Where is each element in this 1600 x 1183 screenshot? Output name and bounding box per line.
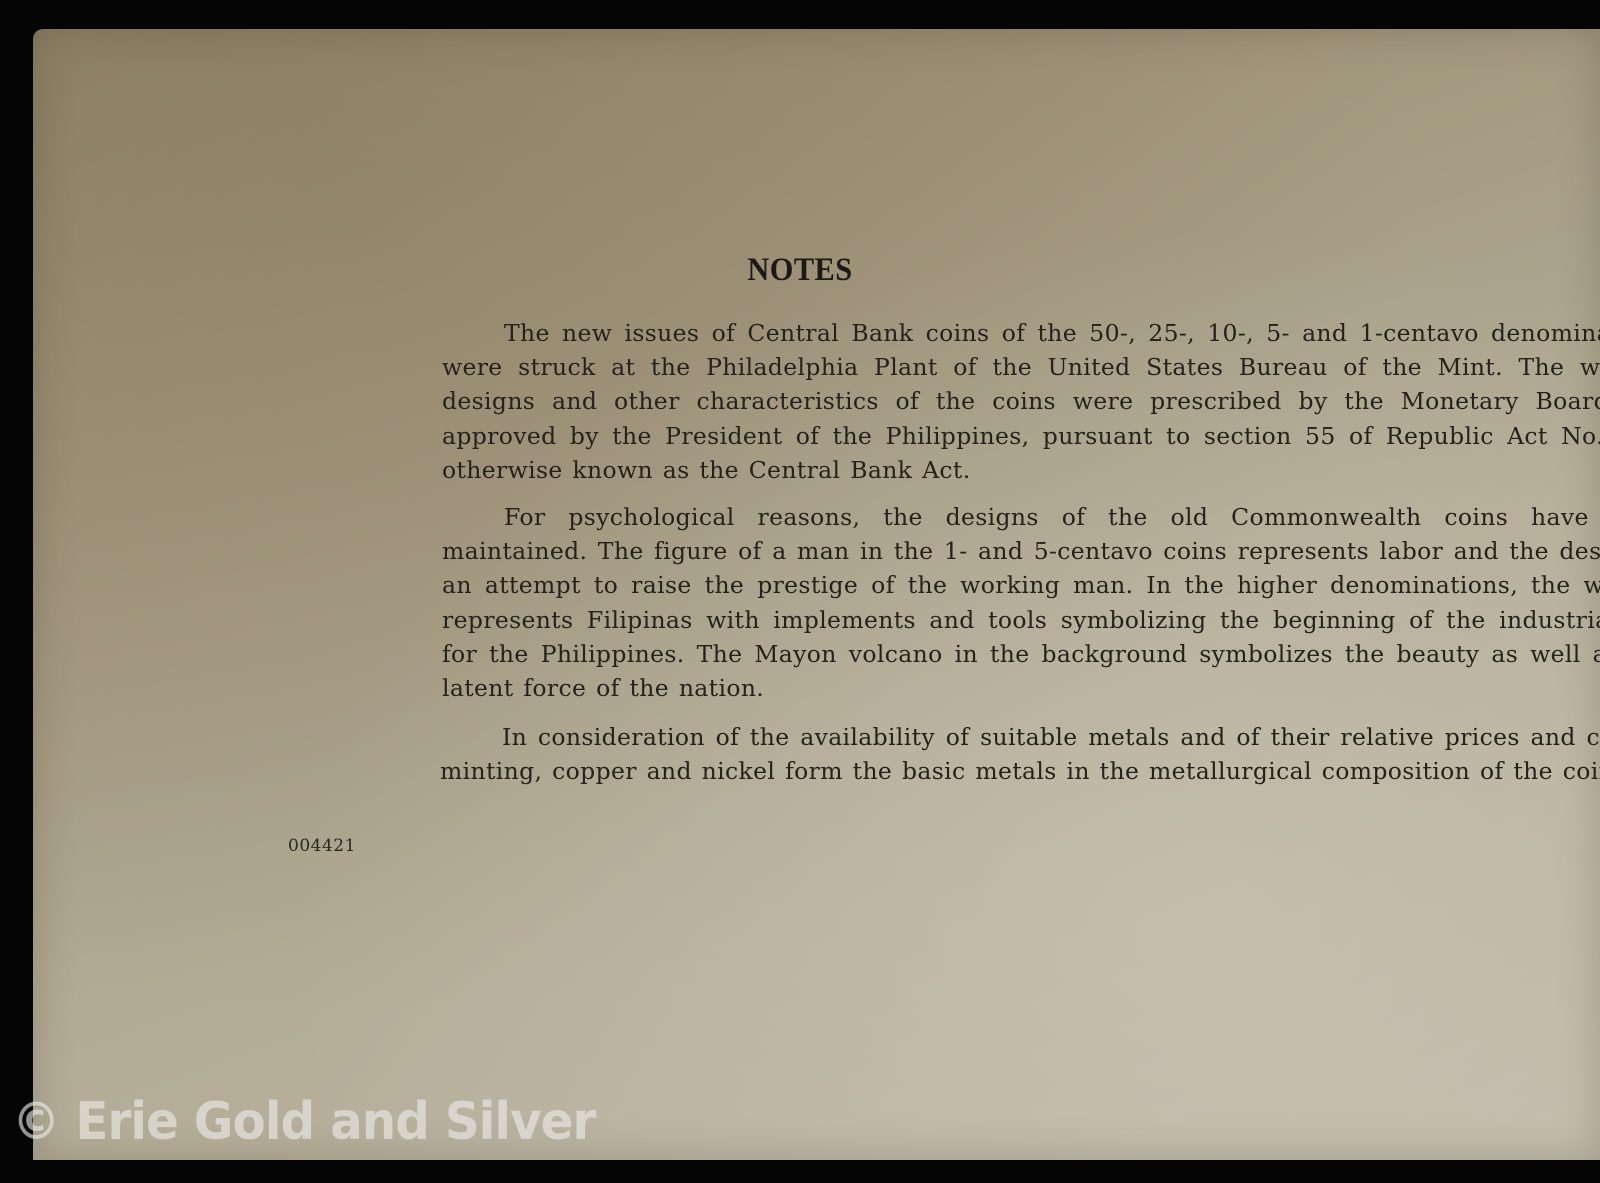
copyright-watermark: © Erie Gold and Silver — [12, 1092, 595, 1152]
serial-number: 004421 — [288, 836, 356, 856]
paragraph-minting: The new issues of Central Bank coins of … — [442, 316, 1600, 487]
photo-stage: NOTES The new issues of Central Bank coi… — [0, 0, 1600, 1183]
paragraph-metals: In consideration of the availability of … — [440, 720, 1600, 788]
page-title: NOTES — [64, 252, 1536, 289]
paragraph-designs: For psychological reasons, the designs o… — [442, 500, 1600, 705]
